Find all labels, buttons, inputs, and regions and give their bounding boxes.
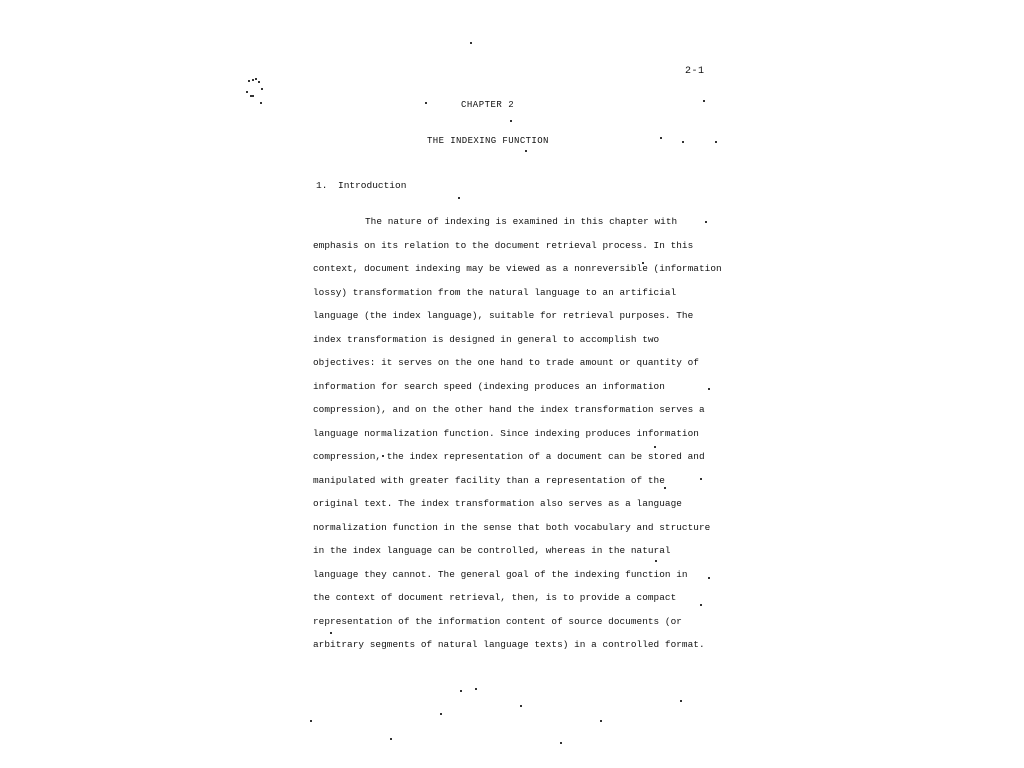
paragraph-line: context, document indexing may be viewed… xyxy=(313,261,718,285)
paragraph-line: language normalization function. Since i… xyxy=(313,426,718,450)
chapter-title: THE INDEXING FUNCTION xyxy=(427,136,549,146)
body-paragraph: The nature of indexing is examined in th… xyxy=(313,214,718,661)
chapter-label: CHAPTER 2 xyxy=(461,100,514,110)
paragraph-line: in the index language can be controlled,… xyxy=(313,543,718,567)
section-title: Introduction xyxy=(338,180,406,191)
paragraph-line: compression), and on the other hand the … xyxy=(313,402,718,426)
paragraph-line: manipulated with greater facility than a… xyxy=(313,473,718,497)
paragraph-line: information for search speed (indexing p… xyxy=(313,379,718,403)
paragraph-line: representation of the information conten… xyxy=(313,614,718,638)
section-number: 1. xyxy=(316,180,338,191)
scanned-document-page: 2-1 CHAPTER 2 THE INDEXING FUNCTION 1.In… xyxy=(0,0,1024,768)
paragraph-line: original text. The index transformation … xyxy=(313,496,718,520)
paragraph-line: language (the index language), suitable … xyxy=(313,308,718,332)
paragraph-line: the context of document retrieval, then,… xyxy=(313,590,718,614)
paragraph-line: index transformation is designed in gene… xyxy=(313,332,718,356)
section-heading: 1.Introduction xyxy=(316,180,406,191)
paragraph-line: compression, the index representation of… xyxy=(313,449,718,473)
page-number: 2-1 xyxy=(685,66,705,77)
paragraph-line: emphasis on its relation to the document… xyxy=(313,238,718,262)
paragraph-line: The nature of indexing is examined in th… xyxy=(313,214,718,238)
paragraph-line: language they cannot. The general goal o… xyxy=(313,567,718,591)
paragraph-line: lossy) transformation from the natural l… xyxy=(313,285,718,309)
paragraph-line: normalization function in the sense that… xyxy=(313,520,718,544)
paragraph-line: arbitrary segments of natural language t… xyxy=(313,637,718,661)
paragraph-line: objectives: it serves on the one hand to… xyxy=(313,355,718,379)
